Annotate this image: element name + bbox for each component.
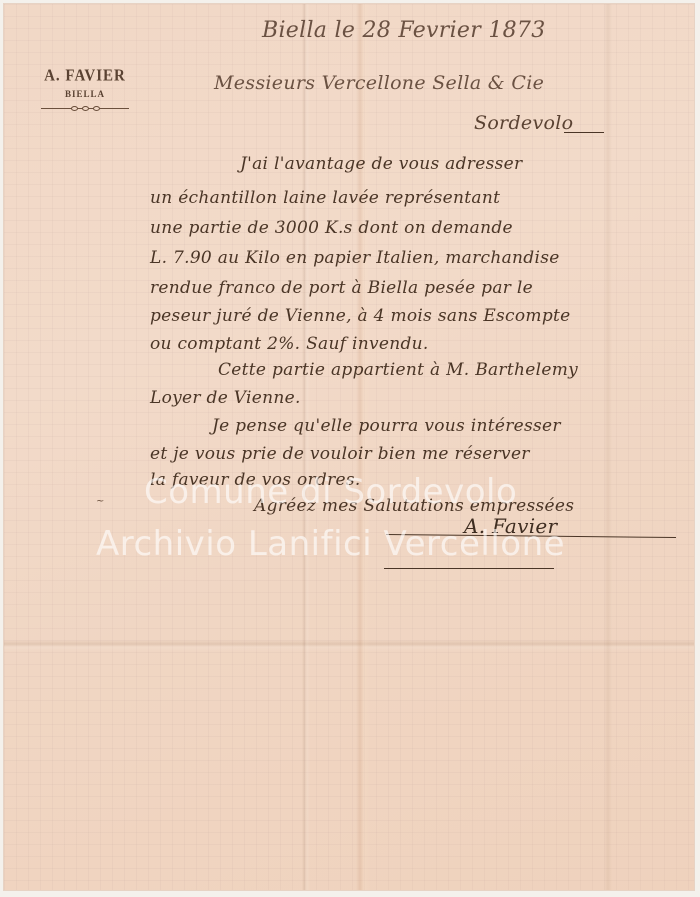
signature-line-bottom — [384, 568, 554, 569]
ink-mark: ~ — [96, 496, 104, 507]
letter-sheet: A. FAVIER BIELLA Biella le 28 Fevrier 18… — [4, 4, 694, 890]
body-line: peseur juré de Vienne, à 4 mois sans Esc… — [150, 306, 571, 326]
underline-flourish — [564, 132, 604, 133]
body-line: un échantillon laine lavée représentant — [150, 188, 500, 208]
letterhead-city: BIELLA — [32, 89, 138, 99]
body-line: L. 7.90 au Kilo en papier Italien, march… — [150, 248, 560, 268]
body-line: une partie de 3000 K.s dont on demande — [150, 218, 513, 238]
body-line: ou comptant 2%. Sauf invendu. — [150, 334, 429, 354]
body-line: Je pense qu'elle pourra vous intéresser — [212, 416, 561, 436]
body-line: Cette partie appartient à M. Barthelemy — [218, 360, 578, 380]
body-line: rendue franco de port à Biella pesée par… — [150, 278, 533, 298]
salutation: Messieurs Vercellone Sella & Cie — [214, 72, 544, 94]
closing-line: Agréez mes Salutations empressées — [254, 496, 574, 516]
body-line: la faveur de vos ordres. — [150, 470, 361, 490]
body-line: J'ai l'avantage de vous adresser — [240, 154, 522, 174]
dateline: Biella le 28 Fevrier 1873 — [262, 18, 546, 43]
body-line: et je vous prie de vouloir bien me réser… — [150, 444, 530, 464]
body-line: Loyer de Vienne. — [150, 388, 301, 408]
letterhead-ornament-icon — [41, 105, 129, 111]
letterhead: A. FAVIER BIELLA — [32, 68, 138, 111]
letterhead-name: A. FAVIER — [32, 67, 138, 87]
recipient-place: Sordevolo — [474, 112, 573, 134]
